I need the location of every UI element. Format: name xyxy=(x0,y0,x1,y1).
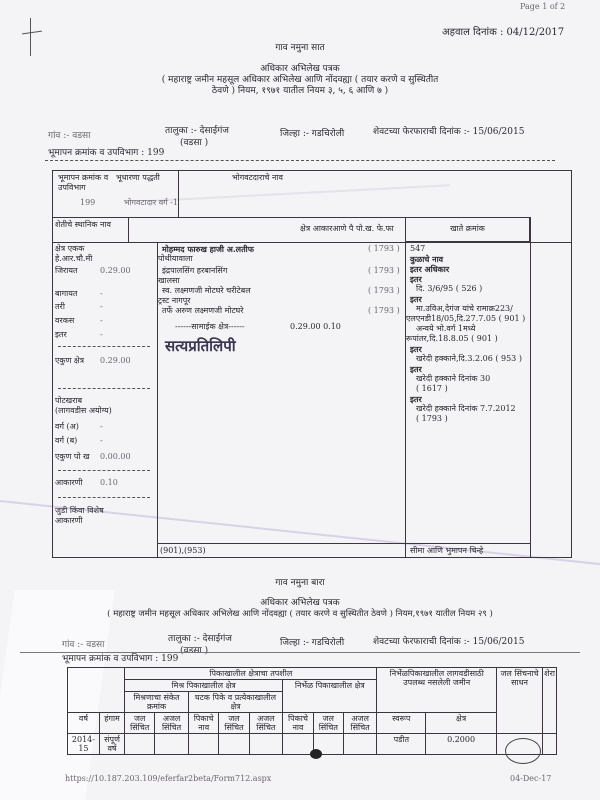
owner-name: मोहम्मद फारुख हाजी अ.लतीफ xyxy=(162,244,254,254)
cell-divider xyxy=(405,242,406,558)
area-row-value: - xyxy=(100,302,103,312)
entry-line: खरेदी हक्काने दिनांक 7.7.2012 xyxy=(416,404,516,414)
village: गांव :- वडसा xyxy=(62,640,104,651)
area-row-label: वर्ग (ब) xyxy=(55,436,115,446)
entry-line: एलएनडी18/05,दि.27.7.05 ( 901 ) xyxy=(406,314,525,324)
divider xyxy=(45,160,555,161)
divider xyxy=(58,470,150,471)
owner-name-cont: ट्रस्ट नागपूर xyxy=(158,296,191,306)
column-header: स्वरूप xyxy=(377,713,426,734)
form7-rule-line1: ( महाराष्ट्र जमीन महसूल अधिकार अभिलेख आण… xyxy=(0,75,600,86)
joint-area-label: ------सामाईक क्षेत्र------ xyxy=(175,322,245,332)
area-row-label: क्षेत्र एकक हे.आर.चौ.मी xyxy=(55,244,115,264)
column-header: जल सिंचित xyxy=(125,713,155,734)
cell-divider xyxy=(178,170,179,217)
owner-mutation: ( 1793 ) xyxy=(368,266,400,276)
bottom-mutations: (901),(953) xyxy=(160,546,206,556)
taluka: तालुका :- देसाईगंज xyxy=(168,634,232,645)
column-header: जल सिंचित xyxy=(313,713,343,734)
local-name-label: शेतीचे स्थानिक नाव xyxy=(55,220,125,230)
column-header: पिकाचे नाव xyxy=(283,713,314,734)
page-number: Page 1 of 2 xyxy=(520,2,565,12)
cell-divider xyxy=(157,242,158,558)
entry-line: दि. 3/6/95 ( 526 ) xyxy=(416,284,482,294)
component-crops: घटक पिके व प्रत्येकाखालील क्षेत्र xyxy=(188,692,282,713)
village: गांव :- वडसा xyxy=(48,131,90,142)
entry-head: इतर xyxy=(410,344,422,354)
owner-mutation: ( 1793 ) xyxy=(368,244,400,254)
entry-line: अन्वये भो.वर्ग 1मध्ये xyxy=(416,324,475,334)
footer-date: 04-Dec-17 xyxy=(510,774,551,784)
owner-name-cont: खालसा xyxy=(158,276,180,286)
entry-head: इतर xyxy=(410,364,422,374)
tenure-label: भूधारणा पद्धती xyxy=(116,173,160,183)
row-divider xyxy=(157,543,530,544)
mix-code: मिश्रणाचा संकेत क्रमांक xyxy=(125,692,189,713)
form7-subtitle: अधिकार अभिलेख पत्रक xyxy=(0,64,600,75)
area-row-value: - xyxy=(100,316,103,326)
column-header: हंगाम xyxy=(99,713,124,734)
crop-area-details: पिकाखालील क्षेत्राचा तपशील xyxy=(125,668,377,680)
pen-mark xyxy=(22,31,42,35)
column-header: अजल सिंचित xyxy=(249,713,283,734)
column-header: पिकाचे नाव xyxy=(188,713,219,734)
area-row-label: पोटखराब (लागवडीस अयोग्य) xyxy=(55,396,115,416)
report-date: अहवाल दिनांक : 04/12/2017 xyxy=(442,27,564,38)
remarks: शेरा xyxy=(543,668,557,734)
tenure-value: भोगवटादार वर्ग -1 xyxy=(116,198,178,208)
area-row-value: - xyxy=(100,422,103,432)
area-row-value: - xyxy=(100,289,103,299)
last-mutation-date: शेवटच्या फेरफाराची दिनांक :- 15/06/2015 xyxy=(373,127,524,138)
district: जिल्हा :- गडचिरोली xyxy=(280,129,344,140)
footer-url[interactable]: https://10.187.203.109/eferfar2beta/Form… xyxy=(65,774,271,784)
column-header: अजल सिंचित xyxy=(155,713,189,734)
area-row-value: - xyxy=(100,506,103,516)
land-nature-cell: पडीत xyxy=(377,734,426,755)
entry-line: खरेदी हक्काने दिनांक 30 xyxy=(416,374,490,384)
survey-number: भूमापन क्रमांक व उपविभाग : 199 xyxy=(62,654,178,665)
survey-value: 199 xyxy=(80,198,95,208)
column-header: क्षेत्र xyxy=(426,713,497,734)
divider xyxy=(58,388,150,389)
account-header: खाते क्रमांक xyxy=(405,224,530,234)
divider xyxy=(58,497,150,498)
area-row-value: 0.29.00 xyxy=(100,266,131,276)
taluka: तालुका :- देसाईगंज xyxy=(165,126,229,137)
divider xyxy=(58,346,150,347)
occupant-label: भोगवटदाराचे नाव xyxy=(232,173,283,183)
column-header: जल सिंचित xyxy=(219,713,249,734)
other-rights-label: इतर अधिकार xyxy=(410,264,449,274)
owner-mutation: ( 1793 ) xyxy=(368,306,400,316)
entry-line: ( 1793 ) xyxy=(416,414,448,424)
area-row-label: जुडी किंवा विशेष आकारणी xyxy=(55,506,115,526)
survey-label: भूमापन क्रमांक व उपविभाग xyxy=(58,173,118,193)
area-row-value: - xyxy=(100,436,103,446)
entry-line: ( 1617 ) xyxy=(416,384,448,394)
signature xyxy=(505,738,541,764)
irrigation-source: जल सिंचनाचे साधन xyxy=(497,668,543,734)
column-header-row: वर्षहंगामजल सिंचितअजल सिंचितपिकाचे नावजल… xyxy=(68,713,557,734)
form7-title: गाव नमुना सात xyxy=(0,43,600,54)
area-row-label: बागायत xyxy=(55,289,115,299)
tenant-label: कुळाचे नाव xyxy=(410,254,443,264)
owner-name: स्व. लक्ष्मणजी मोटघरे चरीटेबल xyxy=(162,286,251,296)
crop-table: पिकाखालील क्षेत्राचा तपशील निर्भेळपिकाखा… xyxy=(67,667,557,755)
divider xyxy=(20,652,580,653)
year-cell: 2014-15 xyxy=(68,734,100,755)
cell-divider xyxy=(530,217,531,557)
season-cell: संपूर्ण वर्ष xyxy=(99,734,124,755)
land-area-cell: 0.2000 xyxy=(426,734,497,755)
area-header: क्षेत्र आकारआणे पै पो.ख. फे.फा xyxy=(300,224,394,234)
area-row-value: - xyxy=(100,330,103,340)
entry-line: खरेदी हक्काने,दि.3.2.06 ( 953 ) xyxy=(416,354,522,364)
owner-name: इंद्रपालसिंग हरबानसिंग xyxy=(162,266,227,276)
owner-mutation: ( 1793 ) xyxy=(368,286,400,296)
joint-area-value: 0.29.00 0.10 xyxy=(290,322,341,332)
pure-crop-area: निर्भेळ पिकाखालील क्षेत्र xyxy=(283,680,377,713)
ink-blot xyxy=(310,749,322,759)
district: जिल्हा :- गडचिरोली xyxy=(280,638,344,649)
cell-divider xyxy=(128,217,129,242)
taluka-sub: (वडसा ) xyxy=(180,138,208,149)
column-header: अजल सिंचित xyxy=(343,713,377,734)
entry-head: इतर xyxy=(410,274,422,284)
column-header: वर्ष xyxy=(68,713,100,734)
entry-line: रूपांतर,दि.18.8.05 ( 901 ) xyxy=(406,334,498,344)
row-divider xyxy=(52,242,572,243)
last-mutation-date: शेवटच्या फेरफाराची दिनांक :- 15/06/2015 xyxy=(373,637,524,648)
survey-number: भूमापन क्रमांक व उपविभाग : 199 xyxy=(48,148,164,159)
entry-head: इतर xyxy=(410,394,422,404)
area-row-label: इतर xyxy=(55,330,115,340)
entry-line: मा.उविअ,देगंज यांचे रामाक्र223/ xyxy=(416,304,513,314)
entry-head: इतर xyxy=(410,294,422,304)
account-number: 547 xyxy=(410,244,425,254)
area-row-value: 0.29.00 xyxy=(100,356,131,366)
form12-rule-line: ( महाराष्ट्र जमीन महसूल अधिकार अभिलेख आण… xyxy=(0,609,600,620)
owner-name: तर्फे अरुण लक्ष्मणजी मोटघरे xyxy=(162,306,243,316)
form12-subtitle: अधिकार अभिलेख पत्रक xyxy=(0,598,600,609)
area-row-label: तरी xyxy=(55,302,115,312)
area-row-value: 0.10 xyxy=(100,478,118,488)
certified-copy-stamp: सत्यप्रतिलिपी xyxy=(165,336,236,356)
area-row-label: वर्ग (अ) xyxy=(55,422,115,432)
mixed-crop-area: मिश्र पिकाखालील क्षेत्र xyxy=(125,680,283,692)
boundary-label: सीमा आणि भुमापन चिन्हे xyxy=(410,546,483,556)
form7-rule-line2: ठेवणे ) नियम, १९७१ यातील नियम ३, ५, ६ आण… xyxy=(0,86,600,97)
form12-title: गाव नमुना बारा xyxy=(0,578,600,589)
area-row-value: 0.00.00 xyxy=(100,452,131,462)
area-row-label: वरकस xyxy=(55,316,115,326)
unavailable-land: निर्भेळपिकाखालील लागवडीसाठी उपलब्ध नसलेल… xyxy=(377,668,497,713)
owner-name-cont: पोथीयावाला xyxy=(158,254,193,264)
